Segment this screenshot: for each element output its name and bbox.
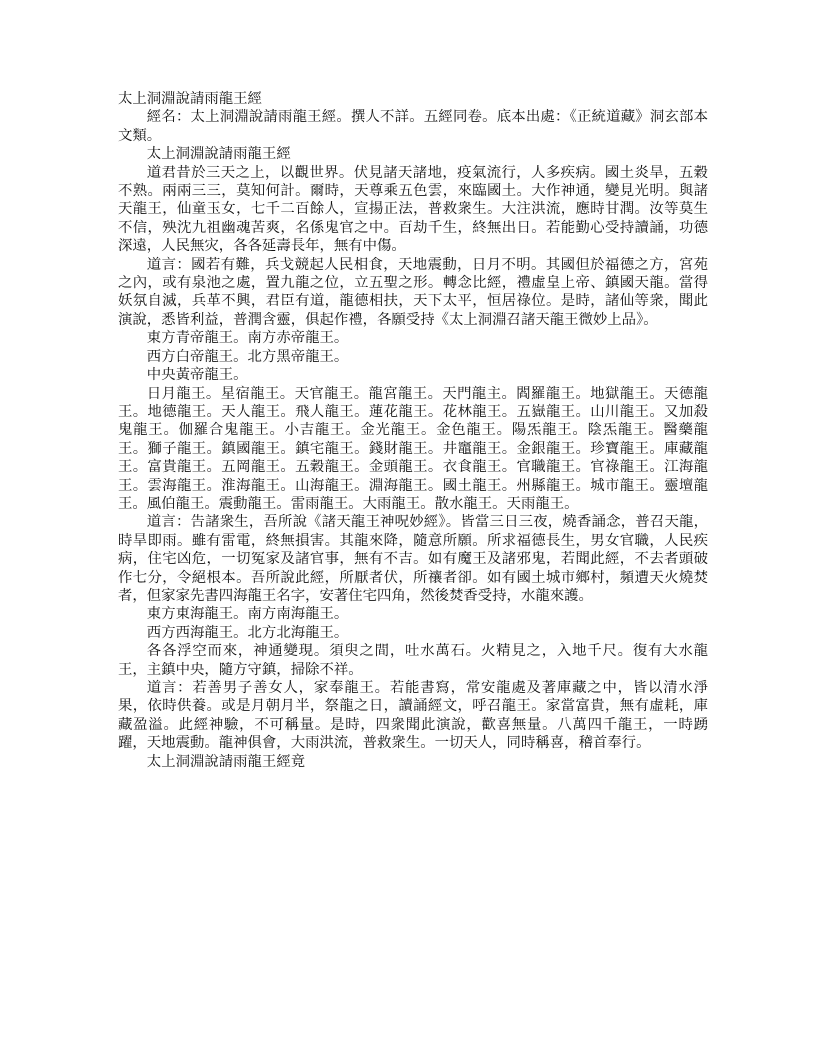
scripture-text-block: 太上洞淵說請雨龍王經 經名：太上洞淵說請雨龍王經。撰人不詳。五經同卷。底本出處：…: [118, 90, 708, 771]
colophon-paragraph: 經名：太上洞淵說請雨龍王經。撰人不詳。五經同卷。底本出處：《正統道藏》洞玄部本文…: [118, 108, 708, 145]
dragon-king-line: 西方西海龍王。北方北海龍王。: [118, 624, 708, 642]
dragon-king-line: 東方東海龍王。南方南海龍王。: [118, 605, 708, 623]
document-page: 太上洞淵說請雨龍王經 經名：太上洞淵說請雨龍王經。撰人不詳。五經同卷。底本出處：…: [0, 0, 816, 1056]
paragraph: 道言：國若有難，兵戈競起人民相食，天地震動，日月不明。其國但於福德之方，宮苑之內…: [118, 256, 708, 330]
closing-line: 太上洞淵說請雨龍王經竟: [118, 753, 708, 771]
dragon-king-line: 東方青帝龍王。南方赤帝龍王。: [118, 329, 708, 347]
scripture-title-line: 太上洞淵說請雨龍王經: [118, 145, 708, 163]
paragraph: 各各浮空而來，神通變現。須臾之間，吐水萬石。火精見之，入地千尺。復有大水龍王，主…: [118, 642, 708, 679]
dragon-king-line: 中央黃帝龍王。: [118, 366, 708, 384]
document-title: 太上洞淵說請雨龍王經: [118, 90, 708, 108]
paragraph: 道言：若善男子善女人，家奉龍王。若能書寫，常安龍處及著庫藏之中，皆以清水淨果，依…: [118, 679, 708, 753]
dragon-king-line: 西方白帝龍王。北方黑帝龍王。: [118, 348, 708, 366]
dragon-king-list: 日月龍王。星宿龍王。天官龍王。龍宮龍王。天門龍主。閻羅龍王。地獄龍王。天德龍王。…: [118, 385, 708, 514]
paragraph: 道君昔於三天之上，以觀世界。伏見諸天諸地，疫氣流行，人多疾病。國土炎旱，五穀不熟…: [118, 164, 708, 256]
paragraph: 道言：告諸衆生，吾所說《諸天龍王神呪妙經》。皆當三日三夜，燒香誦念，普召天龍，時…: [118, 513, 708, 605]
